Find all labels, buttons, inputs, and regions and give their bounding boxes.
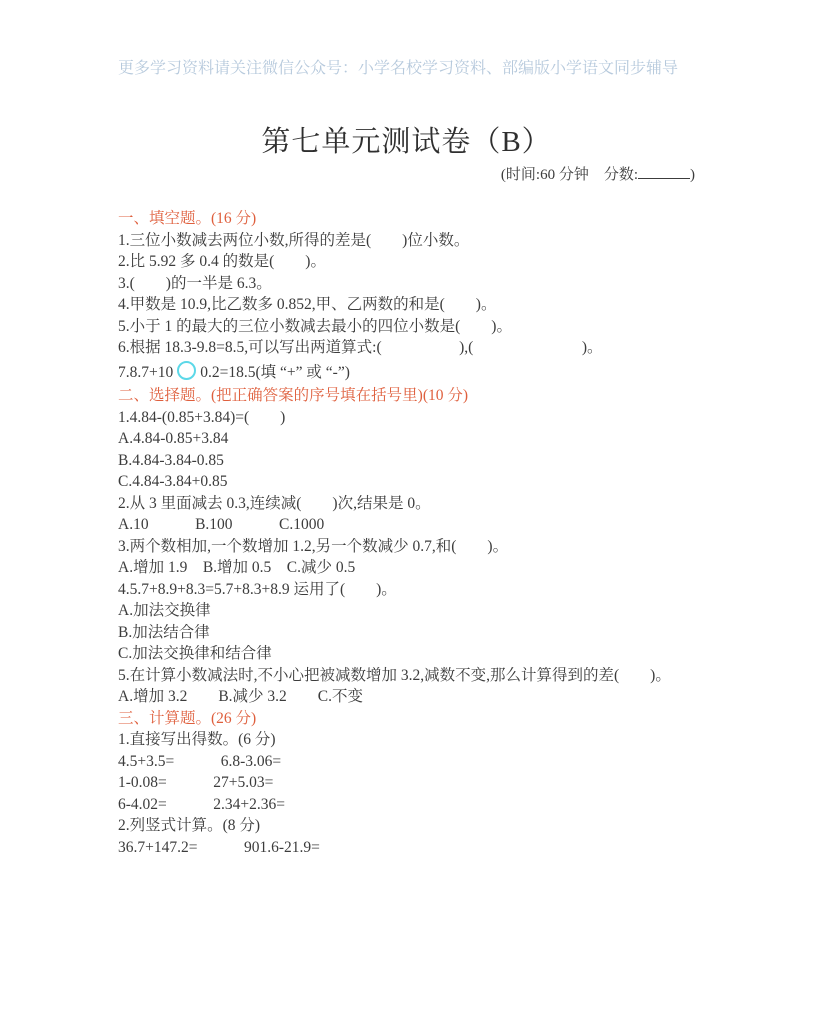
s2-q4-option-a: A.加法交换律	[118, 600, 695, 622]
s1-question-1: 1.三位小数减去两位小数,所得的差是( )位小数。	[118, 230, 695, 252]
exam-meta-close: )	[690, 167, 695, 183]
s2-question-3: 3.两个数相加,一个数增加 1.2,另一个数减少 0.7,和( )。	[118, 536, 695, 558]
section1-heading: 一、填空题。(16 分)	[118, 208, 695, 230]
s2-q1-option-a: A.4.84-0.85+3.84	[118, 428, 695, 450]
s3-calc-row-4: 36.7+147.2= 901.6-21.9=	[118, 837, 695, 859]
s2-question-4: 4.5.7+8.9+8.3=5.7+8.3+8.9 运用了( )。	[118, 579, 695, 601]
s2-q5-options: A.增加 3.2 B.减少 3.2 C.不变	[118, 686, 695, 708]
s2-q3-options: A.增加 1.9 B.增加 0.5 C.减少 0.5	[118, 557, 695, 579]
s2-q4-option-c: C.加法交换律和结合律	[118, 643, 695, 665]
s1-question-4: 4.甲数是 10.9,比乙数多 0.852,甲、乙两数的和是( )。	[118, 294, 695, 316]
score-blank-line	[638, 165, 690, 179]
s2-question-2: 2.从 3 里面减去 0.3,连续减( )次,结果是 0。	[118, 493, 695, 515]
s2-q1-option-c: C.4.84-3.84+0.85	[118, 471, 695, 493]
s1-q7-text-before: 7.8.7+10	[118, 364, 173, 381]
s3-calc-row-3: 6-4.02= 2.34+2.36=	[118, 794, 695, 816]
s3-subtask-1: 1.直接写出得数。(6 分)	[118, 729, 695, 751]
s2-question-1: 1.4.84-(0.85+3.84)=( )	[118, 407, 695, 429]
blank-operator-circle	[177, 361, 196, 380]
s1-question-7: 7.8.7+100.2=18.5(填 “+” 或 “-”)	[118, 359, 695, 386]
s1-question-2: 2.比 5.92 多 0.4 的数是( )。	[118, 251, 695, 273]
s2-q1-option-b: B.4.84-3.84-0.85	[118, 450, 695, 472]
s3-calc-row-1: 4.5+3.5= 6.8-3.06=	[118, 751, 695, 773]
exam-meta: (时间:60 分钟 分数:)	[118, 165, 695, 185]
test-paper-page: 更多学习资料请关注微信公众号：小学名校学习资料、部编版小学语文同步辅导 第七单元…	[0, 0, 825, 1016]
page-title: 第七单元测试卷（B）	[118, 124, 695, 160]
s2-q2-options: A.10 B.100 C.1000	[118, 514, 695, 536]
s3-calc-row-2: 1-0.08= 27+5.03=	[118, 772, 695, 794]
s3-subtask-2: 2.列竖式计算。(8 分)	[118, 815, 695, 837]
watermark-text: 更多学习资料请关注微信公众号：小学名校学习资料、部编版小学语文同步辅导	[118, 60, 695, 78]
s2-question-5: 5.在计算小数减法时,不小心把被减数增加 3.2,减数不变,那么计算得到的差( …	[118, 665, 695, 687]
s1-question-3: 3.( )的一半是 6.3。	[118, 273, 695, 295]
s1-question-6: 6.根据 18.3-9.8=8.5,可以写出两道算式:( ),( )。	[118, 337, 695, 359]
test-body: 一、填空题。(16 分) 1.三位小数减去两位小数,所得的差是( )位小数。 2…	[118, 208, 695, 858]
s2-q4-option-b: B.加法结合律	[118, 622, 695, 644]
s1-q7-text-after: 0.2=18.5(填 “+” 或 “-”)	[200, 364, 350, 381]
section2-heading: 二、选择题。(把正确答案的序号填在括号里)(10 分)	[118, 385, 695, 407]
section3-heading: 三、计算题。(26 分)	[118, 708, 695, 730]
s1-question-5: 5.小于 1 的最大的三位小数减去最小的四位小数是( )。	[118, 316, 695, 338]
exam-meta-label: (时间:60 分钟 分数:	[501, 167, 638, 183]
